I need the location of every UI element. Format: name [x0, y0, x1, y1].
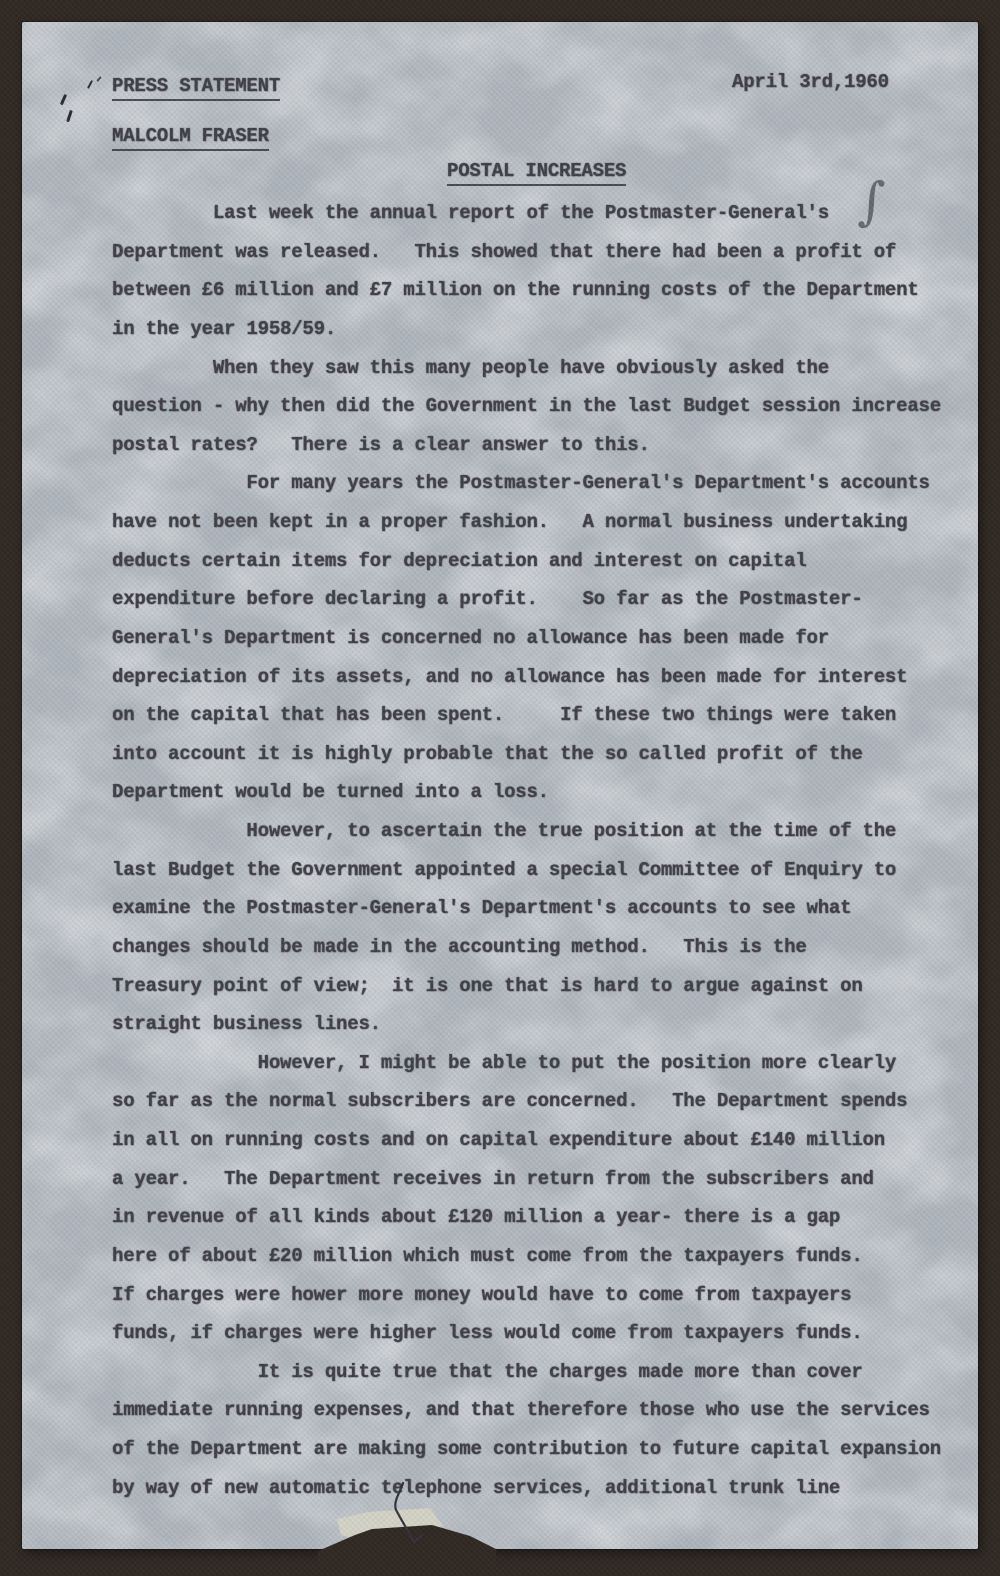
body-line: changes should be made in the accounting…: [112, 928, 984, 967]
body-line: depreciation of its assets, and no allow…: [112, 658, 984, 697]
body-line: question - why then did the Government i…: [112, 387, 984, 426]
body-line: a year. The Department receives in retur…: [112, 1160, 984, 1199]
body-line: straight business lines.: [112, 1005, 984, 1044]
body-line: last Budget the Government appointed a s…: [112, 851, 984, 890]
body-line: If charges were hower more money would h…: [112, 1276, 984, 1315]
document-page: PRESS STATEMENT April 3rd,1960 MALCOLM F…: [22, 22, 978, 1549]
body-line: General's Department is concerned no all…: [112, 619, 984, 658]
body-line: For many years the Postmaster-General's …: [112, 464, 984, 503]
body-line: on the capital that has been spent. If t…: [112, 696, 984, 735]
body-line: funds, if charges were higher less would…: [112, 1314, 984, 1353]
body-line: Department was released. This showed tha…: [112, 233, 984, 272]
author-heading: MALCOLM FRASER: [112, 125, 269, 151]
body-line: Last week the annual report of the Postm…: [112, 194, 984, 233]
ink-speck: [87, 80, 93, 89]
document-title: POSTAL INCREASES: [447, 160, 626, 186]
body-line: in the year 1958/59.: [112, 310, 984, 349]
body-line: by way of new automatic telephone servic…: [112, 1469, 984, 1508]
body-line: between £6 million and £7 million on the…: [112, 271, 984, 310]
body-line: postal rates? There is a clear answer to…: [112, 426, 984, 465]
body-line: expenditure before declaring a profit. S…: [112, 580, 984, 619]
body-line: immediate running expenses, and that the…: [112, 1391, 984, 1430]
press-statement-heading: PRESS STATEMENT: [112, 75, 280, 101]
body-line: in all on running costs and on capital e…: [112, 1121, 984, 1160]
body-lines: Last week the annual report of the Postm…: [112, 194, 984, 1507]
body-line: However, to ascertain the true position …: [112, 812, 984, 851]
body-line: here of about £20 million which must com…: [112, 1237, 984, 1276]
body-line: Treasury point of view; it is one that i…: [112, 967, 984, 1006]
ink-speck: [96, 76, 101, 82]
handwritten-squiggle-mark: ∫: [857, 172, 886, 233]
body-line: It is quite true that the charges made m…: [112, 1353, 984, 1392]
body-line: When they saw this many people have obvi…: [112, 349, 984, 388]
body-line: examine the Postmaster-General's Departm…: [112, 889, 984, 928]
date-label: April 3rd,1960: [732, 71, 889, 93]
ink-speck: [60, 94, 67, 105]
scanned-photo-backdrop: PRESS STATEMENT April 3rd,1960 MALCOLM F…: [0, 0, 1000, 1576]
body-line: in revenue of all kinds about £120 milli…: [112, 1198, 984, 1237]
body-line: have not been kept in a proper fashion. …: [112, 503, 984, 542]
body-line: of the Department are making some contri…: [112, 1430, 984, 1469]
body-line: However, I might be able to put the posi…: [112, 1044, 984, 1083]
body-line: Department would be turned into a loss.: [112, 773, 984, 812]
body-line: deducts certain items for depreciation a…: [112, 542, 984, 581]
body-line: into account it is highly probable that …: [112, 735, 984, 774]
body-line: so far as the normal subscribers are con…: [112, 1082, 984, 1121]
ink-speck: [66, 110, 72, 122]
